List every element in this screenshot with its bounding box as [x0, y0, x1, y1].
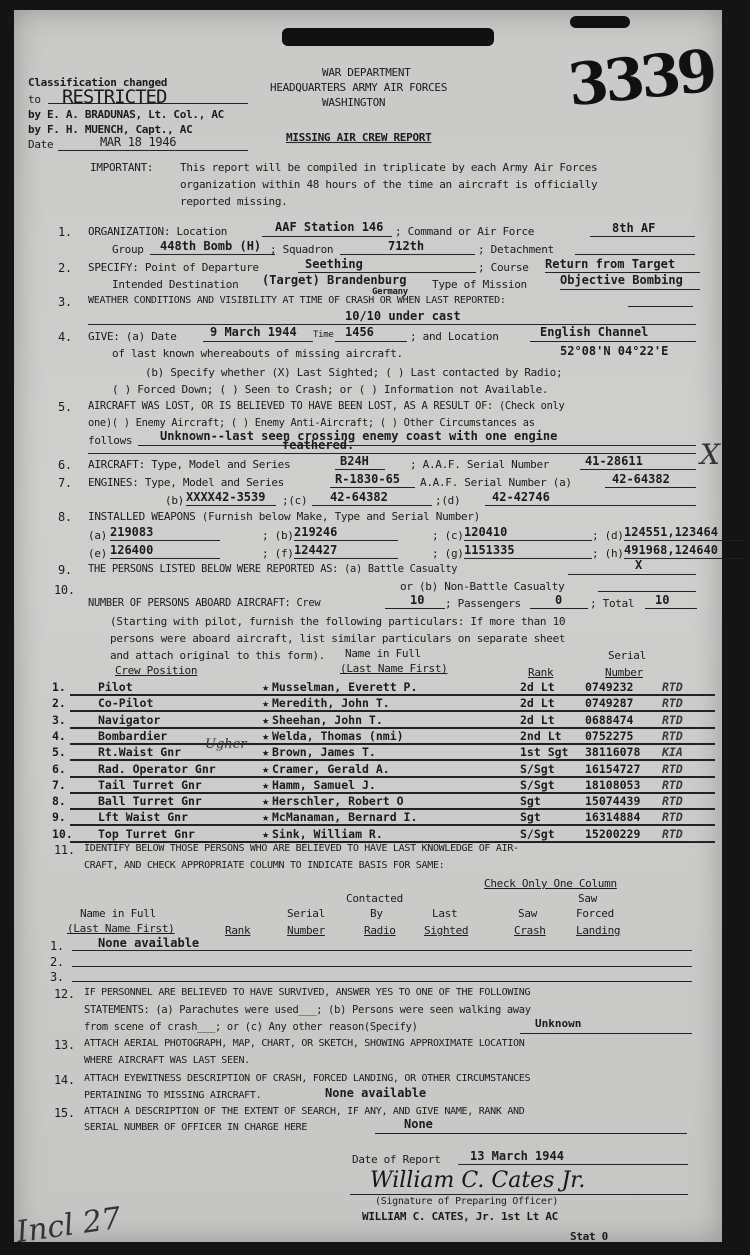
item4-time-label: Time: [313, 330, 333, 340]
crew-rank: 2d Lt: [520, 713, 555, 727]
item10-note2: persons were aboard aircraft, list simil…: [110, 632, 565, 645]
item5-num: 5.: [58, 400, 72, 414]
crew-row-number: 2.: [52, 696, 66, 710]
star-icon: ★: [262, 729, 269, 743]
weapon-line: [110, 558, 220, 559]
item11-landing-bottom: Landing: [576, 924, 620, 937]
item10-crew: 10: [410, 593, 424, 607]
crew-row: 4.Bombardier★Welda, Thomas (nmi)2nd Lt07…: [0, 729, 720, 745]
stat-label: Stat 0: [570, 1230, 608, 1243]
item4-label: GIVE: (a) Date: [88, 330, 177, 343]
crew-row: 3.Navigator★Sheehan, John T.2d Lt0688474…: [0, 713, 720, 729]
item5-follows-label: follows: [88, 434, 132, 447]
item1-command-label: ; Command or Air Force: [395, 225, 534, 238]
item10-total: 10: [655, 593, 669, 607]
item4-location-line: [530, 341, 696, 342]
item12-line1: IF PERSONNEL ARE BELIEVED TO HAVE SURVIV…: [84, 987, 530, 998]
crew-status: RTD: [662, 794, 683, 808]
item2-dest: (Target) Brandenburg: [262, 273, 407, 287]
classification-date-line: [58, 150, 248, 151]
item2-mission-label: Type of Mission: [432, 278, 527, 291]
crew-row-number: 6.: [52, 762, 66, 776]
weapon-line: [110, 540, 220, 541]
item4-coords: 52°08'N 04°22'E: [560, 344, 668, 358]
crew-position: Co-Pilot: [98, 696, 153, 710]
item11-name-top: Name in Full: [80, 907, 156, 920]
item5-value-line1: [138, 445, 696, 446]
crew-name: Musselman, Everett P.: [272, 680, 417, 694]
star-icon: ★: [262, 827, 269, 841]
weapon-serial: 491968,124640: [624, 543, 718, 557]
item1-squadron-line: [340, 254, 475, 255]
crew-row-number: 7.: [52, 778, 66, 792]
header-hq: HEADQUARTERS ARMY AIR FORCES: [270, 81, 447, 94]
report-date-label: Date of Report: [352, 1153, 441, 1166]
redaction-mark: [570, 16, 630, 28]
crew-rank: Sgt: [520, 810, 541, 824]
item15-num: 15.: [54, 1106, 75, 1120]
item4-b-line: (b) Specify whether (X) Last Sighted; ( …: [145, 366, 562, 379]
item4-location-label: ; and Location: [410, 330, 499, 343]
item7-c-line: [312, 505, 432, 506]
item6-type: B24H: [340, 454, 369, 468]
item10-note1: (Starting with pilot, furnish the follow…: [110, 615, 565, 628]
item3-num: 3.: [58, 295, 72, 309]
weapon-serial: 124427: [294, 543, 337, 557]
crew-header-serial-bottom: Number: [605, 666, 643, 679]
weapon-serial: 126400: [110, 543, 153, 557]
report-date-line: [458, 1164, 688, 1165]
weapon-key: ; (d): [592, 529, 624, 542]
crew-name: Brown, James T.: [272, 745, 376, 759]
weapon-key: (a): [88, 529, 107, 542]
redaction-bar: [282, 28, 494, 46]
item5-line1: AIRCRAFT WAS LOST, OR IS BELIEVED TO HAV…: [88, 400, 564, 412]
crew-position: Navigator: [98, 713, 160, 727]
item10-passengers-label: ; Passengers: [445, 597, 521, 610]
item3-answer-line-a: [628, 306, 693, 307]
crew-rank: Sgt: [520, 794, 541, 808]
item11-crash-bottom: Crash: [514, 924, 546, 937]
item7-a: 42-64382: [612, 472, 670, 486]
crew-row: 10.Top Turret Gnr★Sink, William R.S/Sgt1…: [0, 827, 720, 843]
classification-to-value: RESTRICTED: [62, 86, 166, 108]
crew-rank: 2nd Lt: [520, 729, 562, 743]
handwritten-note: Ugher: [205, 737, 247, 752]
item4-location: English Channel: [540, 325, 648, 339]
crew-name: Cramer, Gerald A.: [272, 762, 390, 776]
crew-row: 2.Co-Pilot★Meredith, John T.2d Lt0749287…: [0, 696, 720, 712]
star-icon: ★: [262, 794, 269, 808]
item14-line1: ATTACH EYEWITNESS DESCRIPTION OF CRASH, …: [84, 1073, 530, 1084]
item6-label: AIRCRAFT: Type, Model and Series: [88, 458, 290, 471]
item7-a-line: [605, 487, 696, 488]
crew-name: Sheehan, John T.: [272, 713, 383, 727]
item11-name-bottom: (Last Name First): [67, 922, 174, 935]
crew-status: RTD: [662, 762, 683, 776]
weapon-line: [464, 558, 592, 559]
weapon-key: (e): [88, 547, 107, 560]
item11-row-line: [72, 966, 692, 967]
item2-label: SPECIFY: Point of Departure: [88, 261, 259, 274]
item1-group: 448th Bomb (H): [160, 239, 261, 253]
item2-departure: Seething: [305, 257, 363, 271]
item8-label: INSTALLED WEAPONS (Furnish below Make, T…: [88, 510, 480, 523]
weapon-line: [294, 540, 398, 541]
item2-num: 2.: [58, 261, 72, 275]
crew-row-number: 4.: [52, 729, 66, 743]
item8-num: 8.: [58, 510, 72, 524]
item13-line1: ATTACH AERIAL PHOTOGRAPH, MAP, CHART, OR…: [84, 1038, 524, 1049]
item7-b: XXXX42-3539: [186, 490, 265, 504]
item5-value2: feathered.: [282, 438, 354, 452]
weapon-key: ; (b): [262, 529, 294, 542]
item7-d: 42-42746: [492, 490, 550, 504]
important-line2: organization within 48 hours of the time…: [180, 178, 597, 191]
weapon-line: [294, 558, 398, 559]
item11-crash-top: Saw: [518, 907, 537, 920]
item10-total-label: ; Total: [590, 597, 634, 610]
item3-value: 10/10 under cast: [345, 309, 461, 323]
item7-type: R-1830-65: [335, 472, 400, 486]
signature-line: [350, 1194, 688, 1195]
item5-value1: Unknown--last seen crossing enemy coast …: [160, 429, 557, 443]
margin-x-mark: X: [700, 438, 720, 471]
item1-detachment-line: [575, 254, 695, 255]
crew-serial: 0749232: [585, 680, 633, 694]
item14-num: 14.: [54, 1073, 75, 1087]
item4-date-line: [203, 341, 313, 342]
item2-dest-label: Intended Destination: [112, 278, 238, 291]
crew-serial: 15074439: [585, 794, 640, 808]
report-date: 13 March 1944: [470, 1149, 564, 1163]
item2-mission-line: [560, 289, 700, 290]
item11-radio-top: Contacted: [346, 892, 403, 905]
crew-name: Sink, William R.: [272, 827, 383, 841]
item1-command: 8th AF: [612, 221, 655, 235]
crew-name: Herschler, Robert O: [272, 794, 404, 808]
weapon-line: [624, 540, 744, 541]
item12-value: Unknown: [535, 1017, 581, 1030]
item11-rank: Rank: [225, 924, 250, 937]
item15-line1: ATTACH A DESCRIPTION OF THE EXTENT OF SE…: [84, 1106, 524, 1117]
header-city: WASHINGTON: [322, 96, 385, 109]
item12-num: 12.: [54, 987, 75, 1001]
item2-mission: Objective Bombing: [560, 273, 683, 287]
item3-label: WEATHER CONDITIONS AND VISIBILITY AT TIM…: [88, 295, 506, 306]
item9-label: THE PERSONS LISTED BELOW WERE REPORTED A…: [88, 563, 457, 575]
crew-status: RTD: [662, 810, 683, 824]
item11-line2: CRAFT, AND CHECK APPROPRIATE COLUMN TO I…: [84, 860, 444, 871]
item1-num: 1.: [58, 225, 72, 239]
important-label: IMPORTANT:: [90, 161, 153, 174]
item10-crew-line: [385, 608, 445, 609]
crew-position: Pilot: [98, 680, 133, 694]
item6-serial-label: ; A.A.F. Serial Number: [410, 458, 549, 471]
crew-position: Ball Turret Gnr: [98, 794, 202, 808]
item10-passengers: 0: [555, 593, 562, 607]
item11-row-number: 3.: [50, 970, 64, 984]
crew-row: 8.Ball Turret Gnr★Herschler, Robert OSgt…: [0, 794, 720, 810]
item7-c-label: ;(c): [282, 494, 307, 507]
item11-num: 11.: [54, 843, 75, 857]
crew-row-number: 5.: [52, 745, 66, 759]
item9-b-label: or (b) Non-Battle Casualty: [400, 580, 564, 593]
item1-label: ORGANIZATION: Location: [88, 225, 227, 238]
weapon-serial: 124551,123464: [624, 525, 718, 539]
item7-b-line: [186, 505, 276, 506]
crew-rank: S/Sgt: [520, 778, 555, 792]
star-icon: ★: [262, 810, 269, 824]
weapon-key: ; (f): [262, 547, 294, 560]
item12-line3: from scene of crash___; or (c) Any other…: [84, 1021, 418, 1033]
crew-position: Tail Turret Gnr: [98, 778, 202, 792]
item7-c: 42-64382: [330, 490, 388, 504]
item14-line2: PERTAINING TO MISSING AIRCRAFT.: [84, 1090, 261, 1101]
item9-battle-line: [568, 574, 696, 575]
item12-value-line: [520, 1033, 692, 1034]
item12-line2: STATEMENTS: (a) Parachutes were used___;…: [84, 1004, 531, 1016]
item4-time: 1456: [345, 325, 374, 339]
item13-num: 13.: [54, 1038, 75, 1052]
item6-num: 6.: [58, 458, 72, 472]
crew-serial: 0752275: [585, 729, 633, 743]
crew-header-name-top: Name in Full: [345, 647, 421, 660]
item11-check-note: Check Only One Column: [484, 877, 617, 890]
crew-rank: 2d Lt: [520, 696, 555, 710]
item11-serial-top: Serial: [287, 907, 325, 920]
item14-value: None available: [325, 1086, 426, 1100]
item11-landing-mid: Forced: [576, 907, 614, 920]
crew-name: McManaman, Bernard I.: [272, 810, 417, 824]
weapon-key: ; (c): [432, 529, 464, 542]
crew-row: 7.Tail Turret Gnr★Hamm, Samuel J.S/Sgt18…: [0, 778, 720, 794]
item1-detachment-label: ; Detachment: [478, 243, 554, 256]
crew-header-name-bottom: (Last Name First): [340, 662, 447, 675]
weapon-line: [464, 540, 592, 541]
item4-b-line2: ( ) Forced Down; ( ) Seen to Crash; or (…: [112, 383, 548, 396]
crew-position: Bombardier: [98, 729, 167, 743]
crew-row-number: 9.: [52, 810, 66, 824]
item9-battle: X: [635, 558, 642, 572]
item11-serial-bottom: Number: [287, 924, 325, 937]
officer-signature: William C. Cates Jr.: [370, 1168, 585, 1193]
item7-d-label: ;(d): [435, 494, 460, 507]
item4-time-line: [335, 341, 407, 342]
item10-num: 10.: [54, 583, 75, 597]
crew-row-number: 8.: [52, 794, 66, 808]
crew-name: Hamm, Samuel J.: [272, 778, 376, 792]
crew-row-number: 10.: [52, 827, 73, 841]
item10-label-visible: NUMBER OF PERSONS ABOARD AIRCRAFT: Crew: [88, 597, 320, 609]
crew-row-number: 3.: [52, 713, 66, 727]
crew-name: Welda, Thomas (nmi): [272, 729, 404, 743]
crew-status: RTD: [662, 827, 683, 841]
item6-serial-line: [580, 469, 696, 470]
item11-landing-top: Saw: [578, 892, 597, 905]
item1-location-line: [262, 236, 392, 237]
item11-radio-bottom: Radio: [364, 924, 396, 937]
page-title: MISSING AIR CREW REPORT: [286, 131, 431, 144]
star-icon: ★: [262, 778, 269, 792]
item11-radio-mid: By: [370, 907, 383, 920]
item7-num: 7.: [58, 476, 72, 490]
crew-status: RTD: [662, 713, 683, 727]
header-dept: WAR DEPARTMENT: [322, 66, 411, 79]
item1-squadron: 712th: [388, 239, 424, 253]
item10-passengers-line: [530, 608, 588, 609]
item7-serial-label: A.A.F. Serial Number (a): [420, 476, 572, 489]
item11-row-number: 1.: [50, 939, 64, 953]
item1-squadron-label: ; Squadron: [270, 243, 333, 256]
weapon-key: ; (g): [432, 547, 464, 560]
star-icon: ★: [262, 696, 269, 710]
crew-header-rank: Rank: [528, 666, 553, 679]
item7-type-line: [330, 487, 415, 488]
crew-header-serial-top: Serial: [608, 649, 646, 662]
item6-type-line: [335, 469, 385, 470]
classification-to-line: [48, 103, 248, 104]
weapon-serial: 219083: [110, 525, 153, 539]
star-icon: ★: [262, 762, 269, 776]
item11-row-line: [72, 950, 692, 951]
item2-course: Return from Target: [545, 257, 675, 271]
item11-row-value: None available: [98, 936, 199, 950]
item11-row-line: [72, 981, 692, 982]
item13-line2: WHERE AIRCRAFT WAS LAST SEEN.: [84, 1055, 250, 1066]
crew-status: RTD: [662, 696, 683, 710]
item9-non-battle-line: [598, 591, 696, 592]
item11-line1: IDENTIFY BELOW THOSE PERSONS WHO ARE BEL…: [84, 843, 519, 854]
crew-rank: 2d Lt: [520, 680, 555, 694]
weapon-serial: 120410: [464, 525, 507, 539]
item2-course-label: ; Course: [478, 261, 529, 274]
item15-value: None: [404, 1117, 433, 1131]
crew-status: RTD: [662, 729, 683, 743]
item11-row-number: 2.: [50, 955, 64, 969]
item10-note3: and attach original to this form).: [110, 649, 325, 662]
signature-caption: (Signature of Preparing Officer): [375, 1196, 558, 1207]
important-line1: This report will be compiled in triplica…: [180, 161, 597, 174]
crew-row: 1.Pilot★Musselman, Everett P.2d Lt074923…: [0, 680, 720, 696]
star-icon: ★: [262, 680, 269, 694]
item1-group-line: [150, 254, 275, 255]
crew-serial: 0688474: [585, 713, 633, 727]
item4-num: 4.: [58, 330, 72, 344]
officer-name: WILLIAM C. CATES, Jr. 1st Lt AC: [362, 1210, 558, 1223]
item7-label: ENGINES: Type, Model and Series: [88, 476, 284, 489]
crew-status: KIA: [662, 745, 683, 759]
crew-row-number: 1.: [52, 680, 66, 694]
crew-serial: 16314884: [585, 810, 640, 824]
item7-d-line: [485, 505, 696, 506]
weapon-serial: 219246: [294, 525, 337, 539]
item1-location: AAF Station 146: [275, 220, 383, 234]
crew-header-position: Crew Position: [115, 664, 197, 677]
item15-value-line: [375, 1133, 687, 1134]
star-icon: ★: [262, 713, 269, 727]
item15-line2: SERIAL NUMBER OF OFFICER IN CHARGE HERE: [84, 1122, 307, 1133]
classification-date-label: Date: [28, 138, 53, 151]
crew-rank: S/Sgt: [520, 827, 555, 841]
crew-status: RTD: [662, 680, 683, 694]
item10-total-line: [645, 608, 697, 609]
weapon-key: ; (h): [592, 547, 624, 560]
item7-b-label: (b): [165, 494, 184, 507]
item4-line2: of last known whereabouts of missing air…: [112, 347, 403, 360]
item6-serial: 41-28611: [585, 454, 643, 468]
classification-to-label: to: [28, 93, 41, 106]
crew-row: 6.Rad. Operator Gnr★Cramer, Gerald A.S/S…: [0, 762, 720, 778]
classification-date-value: MAR 18 1946: [100, 135, 176, 149]
item1-command-line: [590, 236, 695, 237]
crew-position: Lft Waist Gnr: [98, 810, 188, 824]
crew-serial: 0749287: [585, 696, 633, 710]
crew-serial: 16154727: [585, 762, 640, 776]
crew-serial: 38116078: [585, 745, 640, 759]
star-icon: ★: [262, 745, 269, 759]
item11-sighted-bottom: Sighted: [424, 924, 468, 937]
crew-position: Rt.Waist Gnr: [98, 745, 181, 759]
item5-line2: one)( ) Enemy Aircraft; ( ) Enemy Anti-A…: [88, 417, 535, 429]
crew-rank: 1st Sgt: [520, 745, 568, 759]
crew-status: RTD: [662, 778, 683, 792]
crew-position: Top Turret Gnr: [98, 827, 195, 841]
classification-by1: by E. A. BRADUNAS, Lt. Col., AC: [28, 108, 224, 121]
crew-serial: 18108053: [585, 778, 640, 792]
item11-sighted-top: Last: [432, 907, 457, 920]
item9-num: 9.: [58, 563, 72, 577]
crew-position: Rad. Operator Gnr: [98, 762, 216, 776]
important-line3: reported missing.: [180, 195, 287, 208]
crew-row: 5.Rt.Waist Gnr★Brown, James T.1st Sgt381…: [0, 745, 720, 761]
crew-rank: S/Sgt: [520, 762, 555, 776]
crew-row: 9.Lft Waist Gnr★McManaman, Bernard I.Sgt…: [0, 810, 720, 826]
item4-date: 9 March 1944: [210, 325, 297, 339]
crew-name: Meredith, John T.: [272, 696, 390, 710]
crew-serial: 15200229: [585, 827, 640, 841]
weapon-serial: 1151335: [464, 543, 515, 557]
item1-group-label: Group: [112, 243, 144, 256]
